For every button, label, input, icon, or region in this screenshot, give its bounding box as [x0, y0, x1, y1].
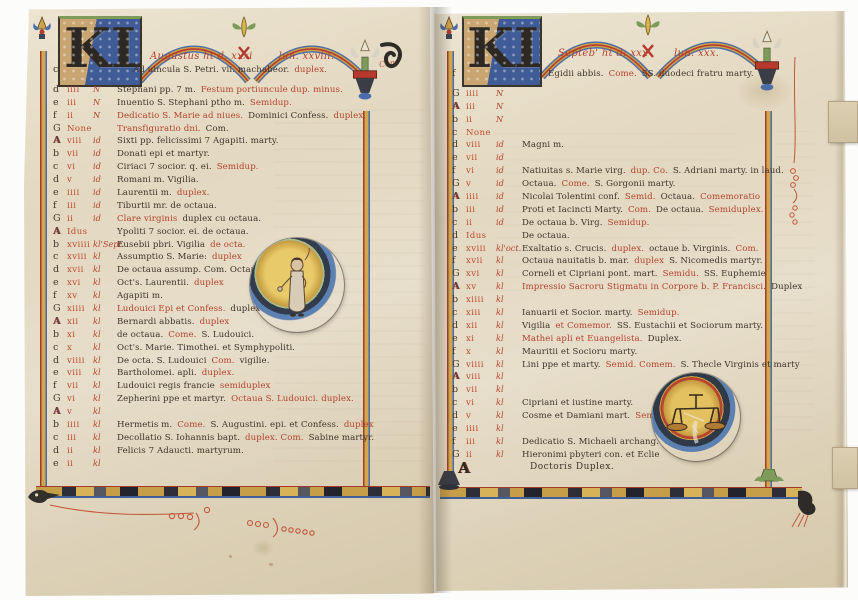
calendar-row: e ii kl [53, 458, 383, 471]
day-numeral: Idus [67, 227, 93, 237]
day-numeral: iii [466, 437, 496, 447]
day-numeral: viii [466, 372, 496, 382]
day-numeral: viiii [466, 360, 496, 370]
feast-text-segment: Hermetis m. [117, 420, 172, 430]
calends-marker: kl [496, 346, 522, 356]
feast-entry: Mauritii et Socioru marty. [522, 347, 642, 357]
penwork-flourish [44, 499, 344, 541]
calendar-row: e xi kl Mathei apli et Euangelista.Duple… [452, 333, 792, 346]
calendar-row: G ii id Clare virginisduplex cu octaua. [53, 213, 383, 226]
calendar-row: A viii kl [452, 371, 792, 384]
dominical-letter: f [53, 290, 67, 301]
feast-text-segment: Semidu. [663, 269, 699, 279]
border-bottom-bar [36, 486, 430, 498]
dominical-letter: f [53, 380, 67, 391]
calendar-row: G None Transfiguratio dni.Com. [53, 123, 383, 136]
feast-text-segment: duplex [634, 256, 664, 266]
calendar-row: e viii kl Bartholomei. apli.duplex. [53, 367, 383, 380]
feast-text-segment: Semidup. [608, 218, 650, 228]
feast-text-segment: Semidup. [638, 308, 680, 318]
feast-text-segment: Com. [736, 244, 759, 254]
day-numeral: vii [466, 385, 496, 395]
calends-marker: kl [93, 419, 117, 429]
day-numeral: xvii [67, 265, 93, 275]
calendar-row: A iii N [452, 101, 792, 114]
calends-marker: id [93, 174, 117, 184]
day-numeral: viiii [67, 356, 93, 366]
feast-entry: Lini ppe et marty.Semid. Comem.S. Thecle… [522, 360, 805, 370]
feast-text-segment: Ludouici regis francie [117, 381, 215, 391]
feast-text-segment: Semidup. [217, 162, 259, 172]
dominical-letter: A [53, 135, 67, 146]
day-numeral: iiii [67, 85, 93, 95]
day-numeral: ii [67, 459, 93, 469]
calends-marker: kl [496, 320, 522, 330]
feast-text-segment: Clare virginis [117, 214, 177, 224]
feast-text-segment: S. Adriani marty. in laud. [673, 166, 784, 176]
dominical-letter: f [53, 200, 67, 211]
beast-head-doodle-icon [26, 486, 62, 508]
calends-marker: kl [93, 406, 117, 416]
day-numeral: xvii [466, 256, 496, 266]
dominical-letter: f [53, 110, 67, 121]
day-numeral: iiii [67, 420, 93, 430]
feast-entry: Cipriani et iustine marty. [522, 398, 638, 408]
feast-text-segment: Ad uincula S. Petri. vii. machabeor. [133, 65, 289, 75]
calends-marker: kl [496, 333, 522, 343]
feast-text-segment: duplex. [177, 188, 210, 198]
dominical-letter: e [53, 97, 67, 108]
day-numeral: ii [67, 214, 93, 224]
day-numeral: iii [67, 433, 93, 443]
calends-marker: kl [496, 436, 522, 446]
day-numeral: None [466, 128, 496, 138]
feast-text-segment: Oct's. Laurentii. [117, 278, 189, 288]
calends-marker: kl [496, 359, 522, 369]
dominical-letter: G [452, 268, 466, 279]
calends-marker: kl [93, 380, 117, 390]
feast-text-segment: Bernardi abbatis. [117, 317, 195, 327]
dominical-letter: A [53, 226, 67, 237]
calendar-rows-september: f Egidii abbis.Come.SS. duodeci fratru m… [452, 68, 792, 462]
feast-text-segment: De octaua. [656, 205, 704, 215]
calendar-row: G ii kl Hieronimi pbyteri con. et Eclie [452, 449, 792, 462]
calends-marker: kl [93, 342, 117, 352]
calendar-row: G viiii kl Lini ppe et marty.Semid. Come… [452, 359, 792, 372]
day-numeral: vi [466, 166, 496, 176]
day-numeral: ii [67, 446, 93, 456]
feast-entry: Hermetis m.Come.S. Augustini. epi. et Co… [117, 420, 379, 430]
calends-marker: kl [93, 277, 117, 287]
day-numeral: ii [466, 218, 496, 228]
calends-marker: kl [496, 281, 522, 291]
feast-text-segment: Dedicatio S. Michaeli archang. [522, 437, 659, 447]
feast-text-segment: Octaua nauitatis b. mar. [522, 256, 629, 266]
feast-text-segment: Bartholomei. apli. [117, 368, 197, 378]
dominical-letter: e [53, 367, 67, 378]
calendar-row: f iii kl Dedicatio S. Michaeli archang.d… [452, 436, 792, 449]
day-numeral: xv [466, 282, 496, 292]
feast-text-segment: S. Ludouici. [202, 330, 255, 340]
dominical-letter: e [452, 423, 466, 434]
dominical-letter: d [452, 410, 466, 421]
feast-entry: Ciriaci 7 socior. q. ei.Semidup. [117, 162, 264, 172]
day-numeral: v [67, 407, 93, 417]
day-numeral: v [67, 175, 93, 185]
calendar-row: b vii kl [452, 384, 792, 397]
calendar-page-august: Augustus ht d. xxxi lun. xxviii. KL Com [24, 7, 434, 596]
dominical-letter: A [452, 371, 466, 382]
day-numeral: xvi [67, 278, 93, 288]
dominical-letter: b [452, 204, 466, 215]
feast-entry: Proti et Iacincti Marty.Com.De octaua.Se… [522, 205, 769, 215]
feast-entry: Bartholomei. apli.duplex. [117, 368, 239, 378]
calendar-row: f vi id Natiuitas s. Marie virg.dup. Co.… [452, 165, 792, 178]
month-header: Augustus ht d. xxxi lun. xxviii. [150, 51, 334, 62]
dominical-letter: c [53, 64, 67, 75]
feast-text-segment: S. Thecle Virginis et marty [681, 360, 800, 370]
dominical-letter: f [452, 346, 466, 357]
day-numeral: Idus [466, 231, 496, 241]
calends-marker: kl [496, 255, 522, 265]
dominical-letter: G [53, 123, 67, 134]
pole-base-leafy [752, 469, 786, 489]
feast-text-segment: dup. Co. [631, 166, 668, 176]
feast-text-segment: Impressio Sacroru Stigmatu in Corpore b.… [522, 282, 766, 292]
dominical-letter: e [452, 243, 466, 254]
day-numeral: xiiii [466, 295, 496, 305]
dominical-letter: f [452, 68, 466, 79]
feast-entry: Ludouici Epi et Confess.duplex [117, 304, 265, 314]
feast-entry: Octaua nauitatis b. mar.duplexS. Nicomed… [522, 256, 768, 266]
moon-days: lun. xxx. [674, 48, 719, 59]
calendar-row: c x kl Oct's. Marie. Timothei. et Symphy… [53, 342, 383, 355]
day-numeral: xiii [466, 308, 496, 318]
feast-text-segment: Vigilia [522, 321, 550, 331]
calendar-row: b xiiii kl [452, 294, 792, 307]
calendar-row: b iii id Proti et Iacincti Marty.Com.De … [452, 204, 792, 217]
dominical-letter: G [53, 393, 67, 404]
calendar-row: c vi kl Cipriani et iustine marty. [452, 397, 792, 410]
page-block-edge [834, 11, 848, 591]
calends-marker: id [496, 139, 522, 149]
calendar-row: d xii kl Vigiliaet Comemor.SS. Eustachii… [452, 320, 792, 333]
feast-entry: Eusebii pbri. Vigiliade octa. [117, 240, 251, 250]
day-numeral: xi [67, 330, 93, 340]
calends-marker: kl [496, 307, 522, 317]
day-numeral: xviii [466, 244, 496, 254]
dominical-letter: b [53, 329, 67, 340]
feast-text-segment: Dominici Confess. [248, 111, 328, 121]
calends-marker: id [496, 204, 522, 214]
day-numeral: vi [67, 394, 93, 404]
calendar-row: A iiii id Nicolai Tolentini conf.Semid.O… [452, 191, 792, 204]
candelabra-finial-icon [346, 37, 384, 113]
entry-continuation: Doctoris Duplex. [530, 462, 614, 472]
calendar-row: c Ad uincula S. Petri. vii. machabeor.du… [53, 64, 383, 77]
dominical-letter: c [452, 217, 466, 228]
feast-text-segment: De octaua assump. Com. Octauar. [117, 265, 268, 275]
day-numeral: xviiii [67, 240, 93, 250]
day-numeral: ii [67, 111, 93, 121]
feast-text-segment: Felicis 7 Adaucti. martyrum. [117, 446, 244, 456]
border-bottom-bar [440, 487, 802, 499]
feast-entry: Cosme et Damiani mart.Semid. [522, 411, 671, 421]
feast-text-segment: De octaua b. Virg. [522, 218, 603, 228]
calendar-row: b vii id Donati epi et martyr. [53, 148, 383, 161]
dominical-letter: b [53, 419, 67, 430]
dominical-letter: G [452, 359, 466, 370]
feast-entry: Transfiguratio dni.Com. [117, 124, 234, 134]
fleur-finial-icon [30, 14, 54, 50]
calendar-row: e vii id [452, 152, 792, 165]
dominical-letter: c [452, 397, 466, 408]
day-numeral: xii [466, 321, 496, 331]
feast-text-segment: Semiduplex. [709, 205, 764, 215]
day-numeral: v [466, 411, 496, 421]
feast-entry: Ianuarii et Socior. marty.Semidup. [522, 308, 685, 318]
dominical-letter: e [53, 277, 67, 288]
dominical-letter: b [53, 239, 67, 250]
day-numeral: iiii [466, 424, 496, 434]
feast-entry: Magni m. [522, 140, 569, 150]
manuscript-photo: Augustus ht d. xxxi lun. xxviii. KL Com [0, 0, 858, 600]
feast-text-segment: Sabine martyr. [309, 433, 375, 443]
feast-entry: Hieronimi pbyteri con. et Eclie [522, 450, 665, 460]
feast-text-segment: de octaua. [117, 330, 163, 340]
dominical-letter: G [452, 178, 466, 189]
feast-text-segment: Romani m. Vigilia. [117, 175, 199, 185]
feast-text-segment: duplex. [294, 65, 327, 75]
feast-text-segment: Ciriaci 7 socior. q. ei. [117, 162, 212, 172]
dominical-letter: c [53, 432, 67, 443]
feast-entry: Vigiliaet Comemor.SS. Eustachii et Socio… [522, 321, 768, 331]
feast-entry: Assumptio S. Marie:duplex [117, 252, 247, 262]
dominical-letter: c [452, 127, 466, 138]
bird-doodle-icon [790, 488, 820, 530]
feast-text-segment: SS. Euphemie [704, 269, 766, 279]
candelabra-finial-icon [748, 28, 786, 104]
feast-text-segment: octaue b. Virginis. [649, 244, 730, 254]
calendar-row: f vii kl Ludouici regis franciesemiduple… [53, 380, 383, 393]
calendar-row: c vi id Ciriaci 7 socior. q. ei.Semidup. [53, 161, 383, 174]
feast-text-segment: Come. [609, 69, 637, 79]
feast-entry: Oct's. Marie. Timothei. et Symphypoliti. [117, 343, 300, 353]
moon-days: lun. xxviii. [279, 51, 335, 62]
feast-text-segment: Zepherini ppe et martyr. [117, 394, 226, 404]
day-numeral: iii [67, 201, 93, 211]
calendar-row: c xiii kl Ianuarii et Socior. marty.Semi… [452, 307, 792, 320]
feast-text-segment: Hieronimi pbyteri con. et Eclie [522, 450, 660, 460]
feast-text-segment: Eusebii pbri. Vigilia [117, 240, 205, 250]
day-numeral: iiii [466, 192, 496, 202]
dominical-letter: e [53, 187, 67, 198]
fore-edge-tab-upper [828, 101, 858, 143]
dominical-letter: d [452, 320, 466, 331]
feast-text-segment: Lini ppe et marty. [522, 360, 601, 370]
calends-marker: kl [93, 290, 117, 300]
month-name: Septeb' ht d: xxx [558, 48, 648, 59]
feast-text-segment: S. Augustini. epi. et Confess. [210, 420, 338, 430]
calendar-page-september: Septeb' ht d: xxx lun. xxx. KL [434, 11, 848, 591]
calends-marker: kl [496, 423, 522, 433]
day-numeral: xvi [466, 269, 496, 279]
feast-text-segment: Cosme et Damiani mart. [522, 411, 630, 421]
calendar-row: G vi kl Zepherini ppe et martyr.Octaua S… [53, 393, 383, 406]
calendar-row: d v kl Cosme et Damiani mart.Semid. [452, 410, 792, 423]
day-numeral: x [67, 343, 93, 353]
feast-text-segment: S. Nicomedis martyr. [669, 256, 763, 266]
dominical-letter: d [452, 230, 466, 241]
calends-marker: kl [496, 294, 522, 304]
feast-entry: Ludouici regis franciesemiduplex [117, 381, 276, 391]
feast-text-segment: S. Gorgonii marty. [595, 179, 676, 189]
ink-speck [269, 563, 273, 566]
dominical-letter: G [53, 303, 67, 314]
kl-letters: KL [467, 21, 542, 75]
feast-text-segment: Transfiguratio dni. [117, 124, 201, 134]
calends-marker: kl [496, 397, 522, 407]
day-numeral: iii [466, 102, 496, 112]
ink-speck [229, 555, 232, 558]
calendar-row: A viii id Sixti pp. felicissimi 7 Agapit… [53, 135, 383, 148]
calends-marker: kl [93, 303, 117, 313]
calends-marker: kl [496, 268, 522, 278]
dominical-letter: e [452, 333, 466, 344]
feast-entry: De octa. S. LudouiciCom.vigilie. [117, 356, 275, 366]
feast-text-segment: duplex. Com. [245, 433, 304, 443]
virgo-medallion-icon [250, 238, 344, 332]
feast-text-segment: vigilie. [240, 356, 270, 366]
dominical-letter: G [452, 88, 466, 99]
feast-text-segment: Duplex. [648, 334, 682, 344]
feast-text-segment: Semid. [625, 192, 656, 202]
feast-text-segment: Egidii abbis. [548, 69, 604, 79]
calendar-row: c None [452, 127, 792, 140]
feast-entry: Egidii abbis.Come.SS. duodeci fratru mar… [548, 69, 759, 79]
calends-marker: id [93, 135, 117, 145]
calendar-row: A v kl [53, 406, 383, 419]
calendar-row: d ii kl Felicis 7 Adaucti. martyrum. [53, 445, 383, 458]
feast-text-segment: SS. duodeci fratru marty. [642, 69, 754, 79]
calendar-row: b iiii kl Hermetis m.Come.S. Augustini. … [53, 419, 383, 432]
calends-marker: id [93, 148, 117, 158]
dominical-letter: f [452, 436, 466, 447]
calends-marker: N [496, 88, 522, 98]
calendar-row: f iii id Tiburtii mr. de octaua. [53, 200, 383, 213]
dominical-letter: b [452, 294, 466, 305]
calends-marker: kl [496, 410, 522, 420]
pole-base [436, 471, 462, 491]
dominical-letter: d [53, 264, 67, 275]
feast-text-segment: Corneli et Cipriani pont. mart. [522, 269, 658, 279]
calendar-row: d v id Romani m. Vigilia. [53, 174, 383, 187]
calendar-row: G iiii N [452, 88, 792, 101]
feast-entry: Romani m. Vigilia. [117, 175, 204, 185]
day-numeral: viii [466, 140, 496, 150]
day-numeral: vi [67, 162, 93, 172]
day-numeral: viii [67, 368, 93, 378]
dominical-letter: d [53, 84, 67, 95]
day-numeral: xv [67, 291, 93, 301]
calends-marker: N [93, 97, 117, 107]
feast-text-segment: de octa. [210, 240, 245, 250]
feast-entry: Zepherini ppe et martyr.Octaua S. Ludoui… [117, 394, 359, 404]
calendar-row: d viii id Magni m. [452, 139, 792, 152]
dominical-letter: A [452, 281, 466, 292]
day-numeral: ii [466, 115, 496, 125]
calendar-row: b ii N [452, 114, 792, 127]
feast-text-segment: Nicolai Tolentini conf. [522, 192, 620, 202]
day-numeral: iiii [466, 89, 496, 99]
day-numeral: iii [67, 98, 93, 108]
feast-text-segment: et Comemor. [555, 321, 612, 331]
feast-text-segment: duplex. [611, 244, 644, 254]
feast-text-segment: SS. Eustachii et Sociorum marty. [617, 321, 763, 331]
feast-text-segment: Come. [562, 179, 590, 189]
feast-entry: Inuentio S. Stephani ptho m.Semidup. [117, 98, 297, 108]
day-numeral: iiii [67, 188, 93, 198]
feast-text-segment: Com. [206, 124, 229, 134]
feast-text-segment: Tiburtii mr. de octaua. [117, 201, 217, 211]
feast-text-segment: De octaua. [522, 231, 570, 241]
feast-text-segment: Come. [177, 420, 205, 430]
month-name: Augustus ht d. xxxi [150, 51, 253, 62]
calendar-row: e iii N Inuentio S. Stephani ptho m.Semi… [53, 97, 383, 110]
calends-marker: kl [496, 371, 522, 381]
calendar-row: A Idus Ypoliti 7 socior. ei. de octaua. [53, 226, 383, 239]
calendar-row: f xvii kl Octaua nauitatis b. mar.duplex… [452, 255, 792, 268]
dominical-letter: c [53, 251, 67, 262]
stain [252, 539, 274, 557]
dominical-letter: f [452, 165, 466, 176]
feast-text-segment: duplex [200, 317, 230, 327]
feast-text-segment: Octaua. [522, 179, 557, 189]
feast-entry: De octaua b. Virg.Semidup. [522, 218, 655, 228]
feast-entry: Oct's. Laurentii.duplex [117, 278, 229, 288]
feast-entry: de octaua.Come.S. Ludouici. [117, 330, 259, 340]
dominical-letter: c [53, 342, 67, 353]
feast-text-segment: Inuentio S. Stephani ptho m. [117, 98, 245, 108]
feast-entry: Octaua.Come.S. Gorgonii marty. [522, 179, 680, 189]
calendar-row: f x kl Mauritii et Socioru marty. [452, 346, 792, 359]
libra-medallion-icon [652, 373, 740, 461]
dominical-letter: d [53, 355, 67, 366]
calendar-row: G v id Octaua.Come.S. Gorgonii marty. [452, 178, 792, 191]
calends-marker: id [496, 217, 522, 227]
month-header: Septeb' ht d: xxx lun. xxx. [558, 48, 719, 59]
day-numeral: vii [67, 149, 93, 159]
dominical-letter: A [452, 101, 466, 112]
feast-entry: Ad uincula S. Petri. vii. machabeor.dupl… [133, 65, 332, 75]
feast-entry: Corneli et Cipriani pont. mart.Semidu.SS… [522, 269, 771, 279]
calendar-row: d iiii N Stephani pp. 7 m.Festum portiun… [53, 84, 383, 97]
feast-text-segment: duplex [212, 252, 242, 262]
feast-text-segment: Laurentii m. [117, 188, 172, 198]
feast-entry: Tiburtii mr. de octaua. [117, 201, 222, 211]
feast-entry: Laurentii m.duplex. [117, 188, 215, 198]
border-pole-left [40, 51, 47, 488]
dominical-letter: A [452, 191, 466, 202]
feast-text-segment: Octaua S. Ludouici. duplex. [231, 394, 354, 404]
calendar-row: e iiii kl [452, 423, 792, 436]
feast-text-segment: Donati epi et martyr. [117, 149, 210, 159]
day-numeral: vii [466, 153, 496, 163]
calendar-row: e xviii kl'oct. Exaltatio s. Crucis.dupl… [452, 243, 792, 256]
calends-marker: kl [93, 393, 117, 403]
calends-marker: kl [93, 432, 117, 442]
feast-text-segment: Festum portiuncule dup. minus. [201, 85, 343, 95]
